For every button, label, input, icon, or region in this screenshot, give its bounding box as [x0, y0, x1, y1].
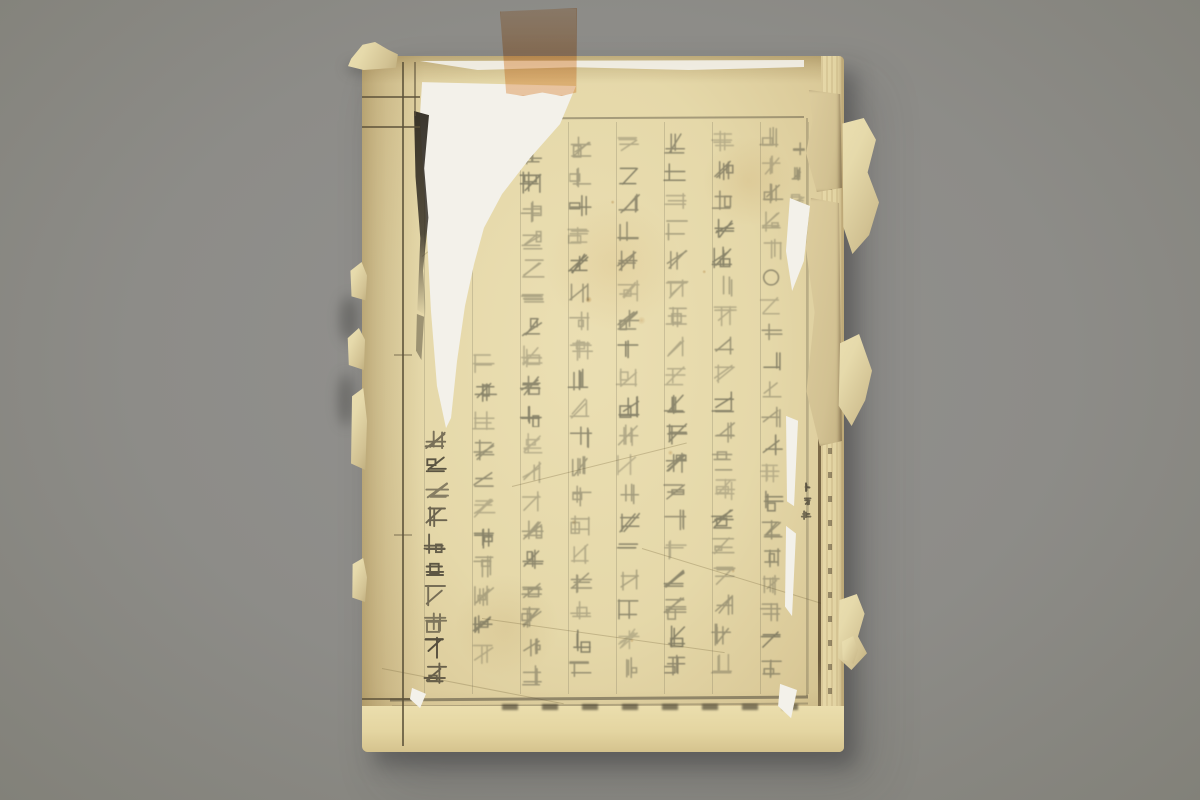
photograph-scene: [0, 0, 1200, 800]
binding-stitch: [394, 354, 412, 356]
book-cover: [362, 56, 844, 752]
flap-shadow: [338, 374, 354, 426]
white-backing-top-strip: [420, 60, 804, 70]
torn-flap-top-left: [348, 42, 400, 70]
binding-stitch: [362, 96, 420, 98]
text-column: [760, 126, 783, 686]
white-backing-bit: [782, 522, 797, 618]
text-column: [568, 136, 592, 687]
bottom-ink-smudge: [502, 704, 812, 710]
white-backing-patch: [418, 80, 580, 432]
torn-flap-right: [838, 334, 872, 426]
binding-thread-vertical-short: [414, 62, 416, 116]
binding-stitch: [394, 534, 412, 536]
tape-fragment: [500, 8, 577, 96]
text-column: [520, 142, 544, 693]
frame-bottom-line: [390, 696, 808, 702]
text-column: [712, 130, 736, 681]
text-column: [800, 482, 811, 524]
paper-crease: [482, 618, 725, 653]
torn-flap-left: [350, 388, 367, 470]
bottom-page-edges: [362, 706, 844, 752]
binding-thread-vertical: [402, 62, 404, 746]
text-column: [616, 134, 640, 685]
text-column: [664, 132, 688, 683]
text-column: [472, 352, 496, 671]
title-strip-fragment: [805, 198, 842, 446]
white-backing-bit: [783, 414, 799, 510]
text-column: [424, 428, 448, 688]
binding-stitch: [362, 126, 420, 128]
torn-flap-right: [841, 118, 879, 254]
binding-stitch: [362, 698, 410, 700]
